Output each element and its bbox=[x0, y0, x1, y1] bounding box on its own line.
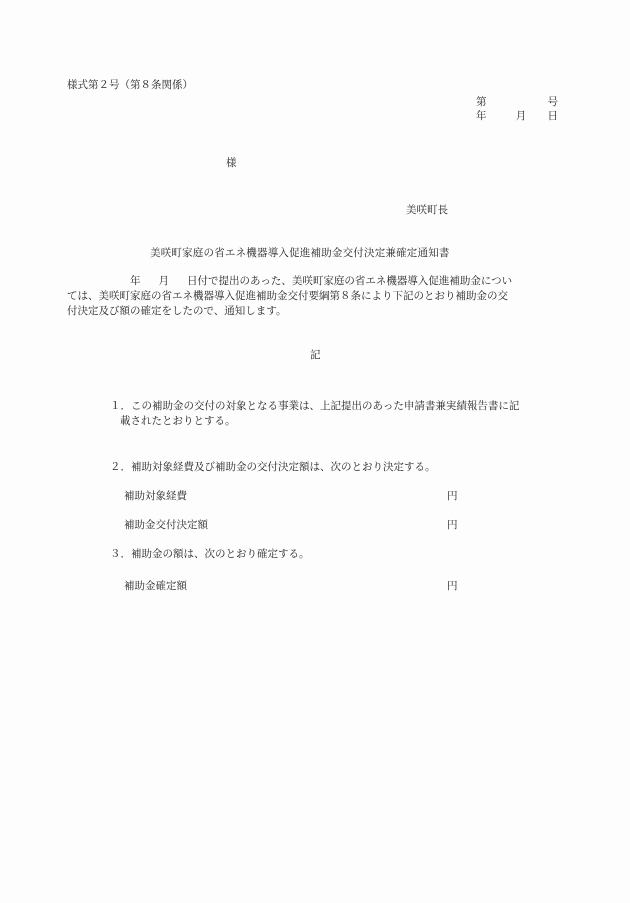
item-2: ２．補助対象経費及び補助金の交付決定額は、次のとおり決定する。 bbox=[110, 460, 436, 474]
body-year: 年 bbox=[130, 275, 141, 287]
body-line-2: ては、美咲町家庭の省エネ機器導入促進補助金交付要綱第８条により下記のとおり補助金… bbox=[67, 289, 564, 304]
item-1: １．この補助金の交付の対象となる事業は、上記提出のあった申請書兼実績報告書に記 … bbox=[110, 399, 519, 429]
item-1-text-line-2: 載されたとおりとする。 bbox=[110, 414, 519, 429]
date-month: 月 bbox=[516, 109, 527, 123]
field-label-grant-decision-amount: 補助金交付決定額 bbox=[124, 518, 208, 532]
item-1-text-line-1: この補助金の交付の対象となる事業は、上記提出のあった申請書兼実績報告書に記 bbox=[131, 400, 519, 412]
document-title: 美咲町家庭の省エネ機器導入促進補助金交付決定兼確定通知書 bbox=[150, 246, 450, 260]
date-year: 年 bbox=[476, 109, 487, 123]
field-unit-eligible-cost: 円 bbox=[447, 489, 458, 503]
field-unit-grant-final-amount: 円 bbox=[447, 579, 458, 593]
ki-heading: 記 bbox=[310, 348, 321, 362]
item-2-text: 補助対象経費及び補助金の交付決定額は、次のとおり決定する。 bbox=[131, 461, 436, 473]
doc-number-suffix: 号 bbox=[548, 95, 559, 109]
item-3: ３．補助金の額は、次のとおり確定する。 bbox=[110, 547, 310, 561]
item-2-number: ２． bbox=[110, 461, 131, 473]
body-line-1: 年月日付で提出のあった、美咲町家庭の省エネ機器導入促進補助金につい bbox=[67, 274, 564, 289]
item-3-text: 補助金の額は、次のとおり確定する。 bbox=[131, 548, 310, 560]
body-paragraph: 年月日付で提出のあった、美咲町家庭の省エネ機器導入促進補助金につい ては、美咲町… bbox=[67, 274, 564, 319]
document-number: 第 号 bbox=[476, 95, 558, 109]
document-date: 年 月 日 bbox=[476, 109, 558, 123]
body-month: 月 bbox=[159, 275, 170, 287]
form-number: 様式第２号（第８条関係） bbox=[67, 78, 193, 92]
doc-number-prefix: 第 bbox=[476, 95, 487, 109]
sender: 美咲町長 bbox=[406, 203, 448, 217]
field-unit-grant-decision-amount: 円 bbox=[447, 518, 458, 532]
field-label-eligible-cost: 補助対象経費 bbox=[124, 489, 187, 503]
item-1-number: １． bbox=[110, 400, 131, 412]
field-label-grant-final-amount: 補助金確定額 bbox=[124, 579, 187, 593]
body-line-1-text: 日付で提出のあった、美咲町家庭の省エネ機器導入促進補助金につい bbox=[187, 275, 512, 287]
item-3-number: ３． bbox=[110, 548, 131, 560]
document-page: 様式第２号（第８条関係） 第 号 年 月 日 様 美咲町長 美咲町家庭の省エネ機… bbox=[0, 0, 630, 903]
date-day: 日 bbox=[548, 109, 559, 123]
addressee: 様 bbox=[226, 156, 237, 170]
body-line-3: 付決定及び額の確定をしたので、通知します。 bbox=[67, 304, 564, 319]
